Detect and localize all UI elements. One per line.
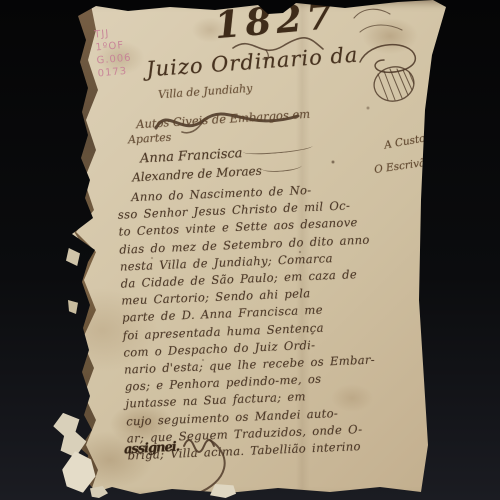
party-plaintiff-name: Anna Francisca xyxy=(140,146,243,166)
paper-scrap xyxy=(68,300,78,314)
rubric-flourish-icon xyxy=(352,28,437,103)
stamp-line: 0173 xyxy=(97,64,133,80)
party-defendant-name: Alexandre de Moraes xyxy=(132,164,262,185)
margin-note-1: A Custo xyxy=(383,132,426,151)
paper-scrap xyxy=(51,410,89,461)
archival-stamp: TJJ 1ºOF G.006 0173 xyxy=(94,26,133,81)
case-type-line2: Apartes xyxy=(128,131,172,147)
photo-background: TJJ 1ºOF G.006 0173 1827 Juizo Ordina xyxy=(0,0,500,500)
margin-note-2: O Escrivão xyxy=(373,156,432,176)
body-text: Anno do Nascimento de No- sso Senhor Jes… xyxy=(117,178,413,464)
closing-signature: assignei. xyxy=(124,440,180,458)
ink-stroke xyxy=(261,161,302,173)
signature-paraph-icon xyxy=(176,436,246,500)
paper-scrap xyxy=(66,248,80,266)
